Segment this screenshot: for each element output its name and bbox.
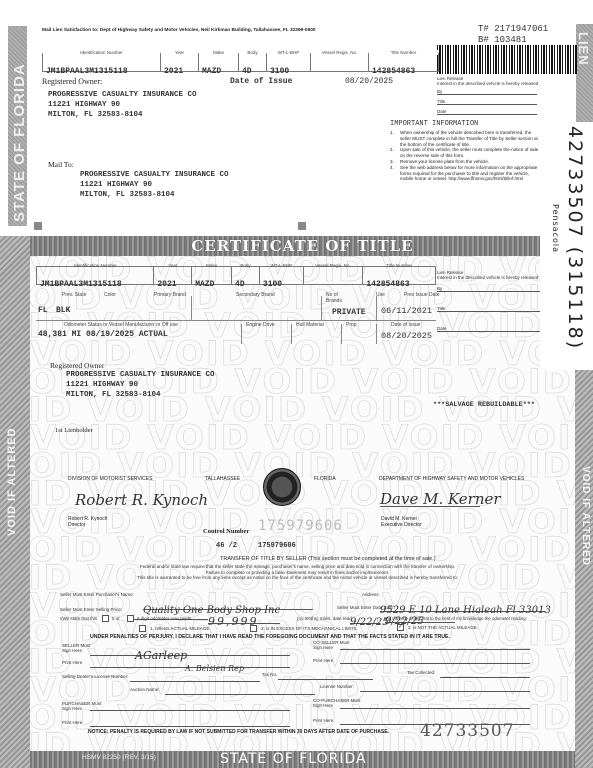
stub-vin: JM1BPAAL3M1315118 <box>46 67 128 76</box>
director-signature: Robert R. Kynoch <box>75 491 208 509</box>
odometer: 48,381 MI 08/19/2025 ACTUAL <box>38 330 168 339</box>
sticker-location: Pensacola <box>551 204 560 253</box>
stub-body: 4D <box>242 67 252 76</box>
stub-date-of-issue-label: Date of Issue <box>230 77 292 86</box>
important-information: IMPORTANT INFORMATION 1.When ownership o… <box>390 120 540 182</box>
six-digit-checkbox[interactable] <box>127 615 134 622</box>
five-digit-checkbox[interactable] <box>102 615 109 622</box>
certificate-banner: CERTIFICATE OF TITLE <box>30 236 575 256</box>
prev-issue-date: 06/11/2021 <box>381 306 432 316</box>
purchaser-name-field[interactable]: Quality One Body Shop Inc <box>143 600 313 610</box>
b-number: B# 103481 <box>478 35 527 45</box>
dealer-license-field[interactable] <box>130 679 260 682</box>
year: 2021 <box>157 280 176 289</box>
perjury-statement: UNDER PENALTIES OF PERJURY, I DECLARE TH… <box>90 634 450 640</box>
brand-info-row: Prev. State Color Primary Brand Secondar… <box>36 292 436 320</box>
t-number: T# 2171947061 <box>478 24 548 34</box>
director-name-block: Robert R. Kynoch Director <box>68 516 107 528</box>
barcode <box>437 45 577 74</box>
left-void-if-altered: VOID IF ALTERED <box>6 428 18 537</box>
co-purchaser-signature-field[interactable] <box>340 706 530 709</box>
lien-title-field[interactable]: Title <box>437 306 541 312</box>
division-label: DIVISION OF MOTORIST SERVICES <box>68 476 152 482</box>
vin: JM1BPAAL3M1315118 <box>40 280 122 289</box>
lien-date-field[interactable]: Date <box>437 326 541 332</box>
seller-signature-field[interactable]: AGarleep <box>90 646 290 656</box>
title-number: 142854863 <box>366 280 409 289</box>
florida-seal <box>263 468 301 506</box>
tax-number-field[interactable] <box>278 677 373 680</box>
footer-banner: HSMV 82250 (REV. 3/15) STATE OF FLORIDA <box>30 751 575 768</box>
stub-weight: 3100 <box>270 67 289 76</box>
purchaser-print-field[interactable] <box>90 724 290 727</box>
stub-date-of-issue: 08/20/2025 <box>345 77 393 86</box>
lien-release: Lien Release Interest in the described v… <box>437 270 541 332</box>
odometer-reading-field[interactable]: 99,999 <box>208 612 280 624</box>
title-stub: STATE OF FLORIDA LIEN Mail Lien Satisfac… <box>0 0 593 236</box>
registration-mark <box>298 222 306 230</box>
stub-lien-release: Lien Release Interest in the described v… <box>437 76 577 115</box>
mail-lien-header: Mail Lien Satisfaction to: Dept of Highw… <box>42 28 316 33</box>
actual-mileage-checkbox[interactable] <box>139 625 146 632</box>
registered-owner-label: Registered Owner <box>50 361 104 370</box>
odometer-row: Odometer Status or Vessel Manufacturer o… <box>36 322 436 346</box>
right-void-if-altered: VOID IF ALTERED <box>580 466 591 566</box>
important-item: 4.See the web address below for more inf… <box>390 165 540 182</box>
registered-owner-address: PROGRESSIVE CASUALTY INSURANCE CO 11221 … <box>66 370 215 400</box>
registration-mark <box>34 222 42 230</box>
license-number-field[interactable] <box>360 689 530 692</box>
tax-collected-field[interactable] <box>440 675 530 678</box>
left-state-band: STATE OF FLORIDA <box>8 26 27 226</box>
department-label: DEPARTMENT OF HIGHWAY SAFETY AND MOTOR V… <box>379 476 524 482</box>
co-seller-print-field[interactable] <box>340 660 530 664</box>
executive-name-block: David M. Kerner Executive Director <box>381 516 422 528</box>
stub-vehicle-row: Identification NumberJM1BPAAL3M1315118 Y… <box>42 53 439 72</box>
color: BLK <box>56 306 70 315</box>
make: MAZD <box>195 280 214 289</box>
weight: 3100 <box>263 280 282 289</box>
florida-label: FLORIDA <box>314 476 336 482</box>
control-sub: 46 /2 <box>216 542 237 550</box>
control-number-label: Control Number <box>203 528 249 535</box>
handwritten-number: 42733507 <box>420 721 515 741</box>
stub-lien-date-field[interactable]: Date <box>437 109 537 115</box>
lien-side-text: LIEN <box>576 32 591 66</box>
transfer-legal-text: Federal and/or state law require that th… <box>70 564 525 581</box>
control-number-large: 175979606 <box>258 518 343 534</box>
stub-owner-address: PROGRESSIVE CASUALTY INSURANCE CO 11221 … <box>48 90 197 120</box>
important-item: 2.Upon sale of this vehicle, the seller … <box>390 147 540 159</box>
certificate-of-title: VOID IF ALTERED VOID IF ALTERED VOID VOI… <box>0 236 593 768</box>
lien-by-field[interactable]: By <box>437 286 541 292</box>
stub-make: MAZD <box>202 67 221 76</box>
stub-lien-by-field[interactable]: By <box>437 89 537 95</box>
footer-title: STATE OF FLORIDA <box>220 751 367 767</box>
mail-to-address: PROGRESSIVE CASUALTY INSURANCE CO 11221 … <box>80 170 229 200</box>
excess-mileage-checkbox[interactable] <box>250 625 257 632</box>
stub-lien-title-field[interactable]: Title <box>437 99 537 105</box>
left-ornamental-border: VOID IF ALTERED <box>0 236 30 768</box>
auction-name-field[interactable] <box>165 692 315 695</box>
penalty-notice: NOTICE: PENALTY IS REQUIRED BY LAW IF NO… <box>88 729 389 735</box>
purchaser-signature-field[interactable] <box>90 708 290 711</box>
prev-state: FL <box>38 306 48 315</box>
sticker-number: 42733507 (315118) <box>564 126 586 350</box>
tracking-sticker: 42733507 (315118) Pensacola <box>540 122 593 370</box>
mail-to-label: Mail To: <box>48 160 74 169</box>
not-actual-mileage-checkbox[interactable]: ✓ <box>397 624 404 631</box>
stub-title-number: 142854863 <box>372 67 415 76</box>
date-of-issue: 08/20/2025 <box>381 331 432 341</box>
seller-print-field[interactable]: A. Belsien Rep <box>90 658 290 668</box>
state-of-florida-side-text: STATE OF FLORIDA <box>11 63 28 222</box>
transfer-heading: TRANSFER OF TITLE BY SELLER (This sectio… <box>220 556 436 562</box>
form-number: HSMV 82250 (REV. 3/15) <box>82 754 156 761</box>
vehicle-info-row: Identification NumberJM1BPAAL3M1315118 Y… <box>36 266 436 285</box>
use: PRIVATE <box>332 308 366 317</box>
co-seller-signature-field[interactable] <box>340 646 530 650</box>
important-item: 1.When ownership of the vehicle describe… <box>390 130 540 147</box>
salvage-brand-note: ***SALVAGE REBUILDABLE*** <box>433 401 535 409</box>
first-lienholder-label: 1st Lienholder <box>55 427 93 434</box>
certificate-title: CERTIFICATE OF TITLE <box>30 237 575 255</box>
stub-year: 2021 <box>164 67 183 76</box>
body: 4D <box>235 280 245 289</box>
date-read-field[interactable]: 9/22/25 <box>350 612 380 624</box>
tallahassee-label: TALLAHASSEE <box>205 476 240 482</box>
control-number-small: 175979606 <box>258 542 296 550</box>
stub-registered-owner-label: Registered Owner: <box>42 77 102 86</box>
